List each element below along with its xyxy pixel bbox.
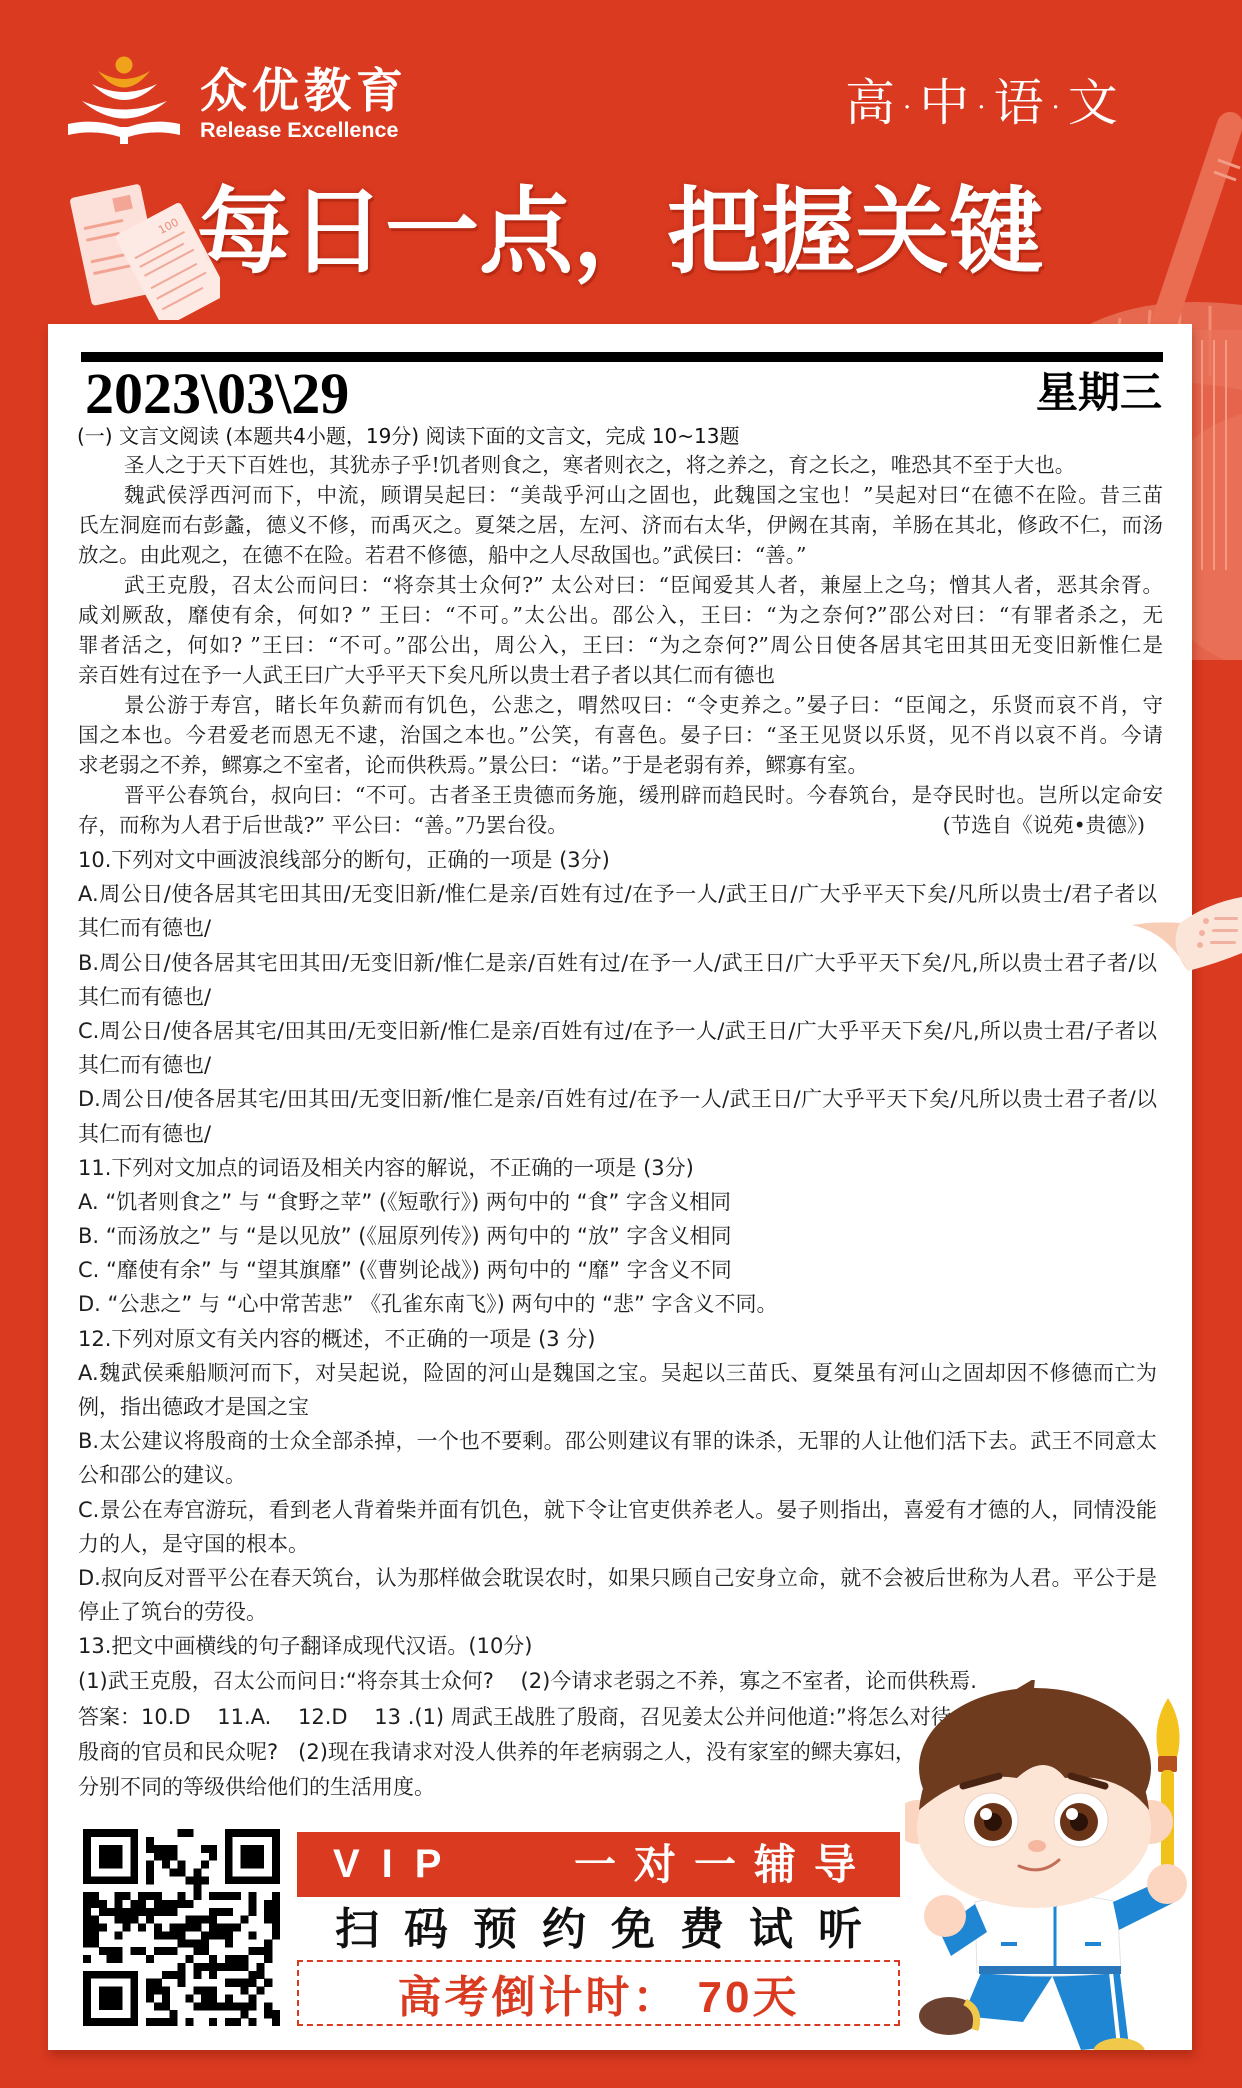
subject-char: 中 bbox=[919, 72, 969, 134]
question-11-option-b: B. “而汤放之” 与 “是以见放” (《屈原列传》) 两句中的 “放” 字含义… bbox=[78, 1219, 1157, 1253]
question-12-option-d: D.叔向反对晋平公在春天筑台，认为那样做会耽误农时，如果只顾自己安身立命，就不会… bbox=[78, 1561, 1157, 1595]
passage-line: 国之本也。今君爱老而恩无不逮，治国之本也。”公笑，有喜色。晏子曰：“圣王见贤以乐… bbox=[78, 720, 1163, 750]
questions: 10.下列对文中画波浪线部分的断句，正确的一项是 (3分) A.周公日/使各居其… bbox=[78, 843, 1157, 1698]
subject-separator: · bbox=[977, 77, 985, 139]
passage-line: 魏武侯浮西河而下，中流，顾谓吴起曰：“美哉乎河山之固也，此魏国之宝也！”吴起对曰… bbox=[78, 480, 1163, 510]
question-10-option-d: D.周公日/使各居其宅/田其田/无变旧新/惟仁是亲/百姓有过/在予一人/武王日/… bbox=[78, 1082, 1157, 1116]
passage-line: 氏左洞庭而右彭蠡，德义不修，而禹灭之。夏桀之居，左河、济而右太华，伊阙在其南，羊… bbox=[78, 510, 1163, 540]
passage-last-row: 存，而称为人君于后世哉?” 平公曰：“善。”乃罢台役。 (节选自《说苑•贵德》) bbox=[78, 810, 1163, 840]
passage-source: (节选自《说苑•贵德》) bbox=[943, 810, 1163, 840]
content-card: 2023\03\29 星期三 (一) 文言文阅读 (本题共4小题，19分) 阅读… bbox=[48, 324, 1192, 2050]
question-12-option-a-cont: 例，指出德政才是国之宝 bbox=[78, 1390, 1157, 1424]
passage-line: 求老弱之不养，鳏寡之不室者，论而供秩焉。”景公曰：“诺。”于是老弱有养，鳏寡有室… bbox=[78, 750, 1163, 780]
question-11-option-c: C. “靡使有余” 与 “望其旗靡” (《曹刿论战》) 两句中的 “靡” 字含义… bbox=[78, 1253, 1157, 1287]
question-10-option-d-cont: 其仁而有德也/ bbox=[78, 1117, 1157, 1151]
exam-countdown: 高考倒计时： 70天 bbox=[297, 1960, 900, 2026]
question-10-option-c: C.周公日/使各居其宅/田其田/无变旧新/惟仁是亲/百姓有过/在予一人/武王日/… bbox=[78, 1014, 1157, 1048]
question-10-option-a: A.周公日/使各居其宅田其田/无变旧新/惟仁是亲/百姓有过/在予一人/武王日/广… bbox=[78, 877, 1157, 911]
subject-separator: · bbox=[903, 77, 911, 139]
passage-line: 亲百姓有过在予一人武王曰广大乎平天下矣凡所以贵士君子者以其仁而有德也 bbox=[78, 660, 1163, 690]
question-12-stem: 12.下列对原文有关内容的概述，不正确的一项是 (3 分) bbox=[78, 1322, 1157, 1356]
passage-line: 罪者活之，何如? ”王曰：“不可。”邵公出，周公入，王曰：“为之奈何?”周公日使… bbox=[78, 630, 1163, 660]
answer-line: 殷商的官员和民众呢? (2)现在我请求对没人供养的年老病弱之人，没有家室的鳏夫寡… bbox=[78, 1735, 958, 1770]
question-11-option-d: D. “公悲之” 与 “心中常苦悲” 《孔雀东南飞》) 两句中的 “悲” 字含义… bbox=[78, 1287, 1157, 1321]
question-11-stem: 11.下列对文加点的词语及相关内容的解说，不正确的一项是 (3分) bbox=[78, 1151, 1157, 1185]
passage-line: 存，而称为人君于后世哉?” 平公曰：“善。”乃罢台役。 bbox=[78, 810, 568, 840]
qr-code[interactable] bbox=[83, 1829, 280, 2026]
question-13-stem: 13.把文中画横线的句子翻译成现代汉语。(10分) bbox=[78, 1629, 1157, 1663]
answer-line: 分别不同的等级供给他们的生活用度。 bbox=[78, 1770, 958, 1805]
question-12-option-d-cont: 停止了筑台的劳役。 bbox=[78, 1595, 1157, 1629]
passage-line: 武王克殷，召太公而问曰：“将奈其士众何?” 太公对曰：“臣闻爱其人者，兼屋上之乌… bbox=[78, 570, 1163, 600]
vip-banner[interactable]: VIP 一对一辅导 bbox=[297, 1832, 900, 1897]
passage-line: 景公游于寿宫，睹长年负薪而有饥色，公悲之，喟然叹曰：“令吏养之。”晏子曰：“臣闻… bbox=[78, 690, 1163, 720]
question-11-option-a: A. “饥者则食之” 与 “食野之苹” (《短歌行》) 两句中的 “食” 字含义… bbox=[78, 1185, 1157, 1219]
passage-line: 晋平公春筑台，叔向曰：“不可。古者圣王贵德而务施，缓刑辟而趋民时。今春筑台，是夺… bbox=[78, 780, 1163, 810]
brand-slogan: Release Excellence bbox=[200, 117, 398, 143]
vip-service-label: 一对一辅导 bbox=[574, 1832, 874, 1897]
paper-decoration bbox=[1128, 893, 1242, 985]
weekday-label: 星期三 bbox=[1036, 373, 1162, 415]
countdown-label: 高考倒计时： bbox=[398, 1961, 680, 2025]
question-12-option-b: B.太公建议将殷商的士众全部杀掉，一个也不要剩。邵公则建议有罪的诛杀，无罪的人让… bbox=[78, 1424, 1157, 1458]
question-10-stem: 10.下列对文中画波浪线部分的断句，正确的一项是 (3分) bbox=[78, 843, 1157, 877]
banner-title: 每日一点，把握关键 bbox=[197, 178, 1043, 288]
passage-line: 咸刘厥敌，靡使有余，何如? ” 王曰：“不可。”太公出。邵公入，王曰：“为之奈何… bbox=[78, 600, 1163, 630]
question-12-option-c: C.景公在寿宫游玩，看到老人背着柴并面有饥色，就下令让官吏供养老人。晏子则指出，… bbox=[78, 1493, 1157, 1527]
mascot-illustration bbox=[905, 1680, 1192, 2050]
question-12-option-b-cont: 公和邵公的建议。 bbox=[78, 1458, 1157, 1492]
date-label: 2023\03\29 bbox=[85, 365, 349, 423]
question-12-option-a: A.魏武侯乘船顺河而下，对吴起说，险固的河山是魏国之宝。吴起以三苗氏、夏桀虽有河… bbox=[78, 1356, 1157, 1390]
question-12-option-c-cont: 力的人，是守国的根本。 bbox=[78, 1527, 1157, 1561]
question-10-option-b: B.周公日/使各居其宅田其田/无变旧新/惟仁是亲/百姓有过/在予一人/武王日/广… bbox=[78, 946, 1157, 980]
trial-cta: 扫码预约免费试听 bbox=[297, 1904, 900, 1956]
brand-name: 众优教育 bbox=[200, 64, 408, 120]
classical-passage: 圣人之于天下百姓也，其犹赤子乎!饥者则食之，寒者则衣之，将之养之，育之长之，唯恐… bbox=[78, 450, 1163, 840]
passage-line: 圣人之于天下百姓也，其犹赤子乎!饥者则食之，寒者则衣之，将之养之，育之长之，唯恐… bbox=[78, 450, 1163, 480]
brand-logo-icon bbox=[64, 50, 184, 145]
question-10-option-b-cont: 其仁而有德也/ bbox=[78, 980, 1157, 1014]
question-10-option-c-cont: 其仁而有德也/ bbox=[78, 1048, 1157, 1082]
answer-line: 答案：10.D 11.A. 12.D 13 .(1) 周武王战胜了殷商，召见姜太… bbox=[78, 1700, 958, 1735]
answer-block: 答案：10.D 11.A. 12.D 13 .(1) 周武王战胜了殷商，召见姜太… bbox=[78, 1700, 958, 1805]
section-heading: (一) 文言文阅读 (本题共4小题，19分) 阅读下面的文言文，完成 10~13… bbox=[77, 422, 739, 450]
question-10-option-a-cont: 其仁而有德也/ bbox=[78, 911, 1157, 945]
passage-line: 放之。由此观之，在德不在险。若君不修德，船中之人尽敌国也。”武侯曰：“善。” bbox=[78, 540, 1163, 570]
vip-label: VIP bbox=[333, 1832, 463, 1897]
subject-char: 高 bbox=[845, 72, 895, 134]
countdown-value: 70天 bbox=[698, 1961, 800, 2025]
